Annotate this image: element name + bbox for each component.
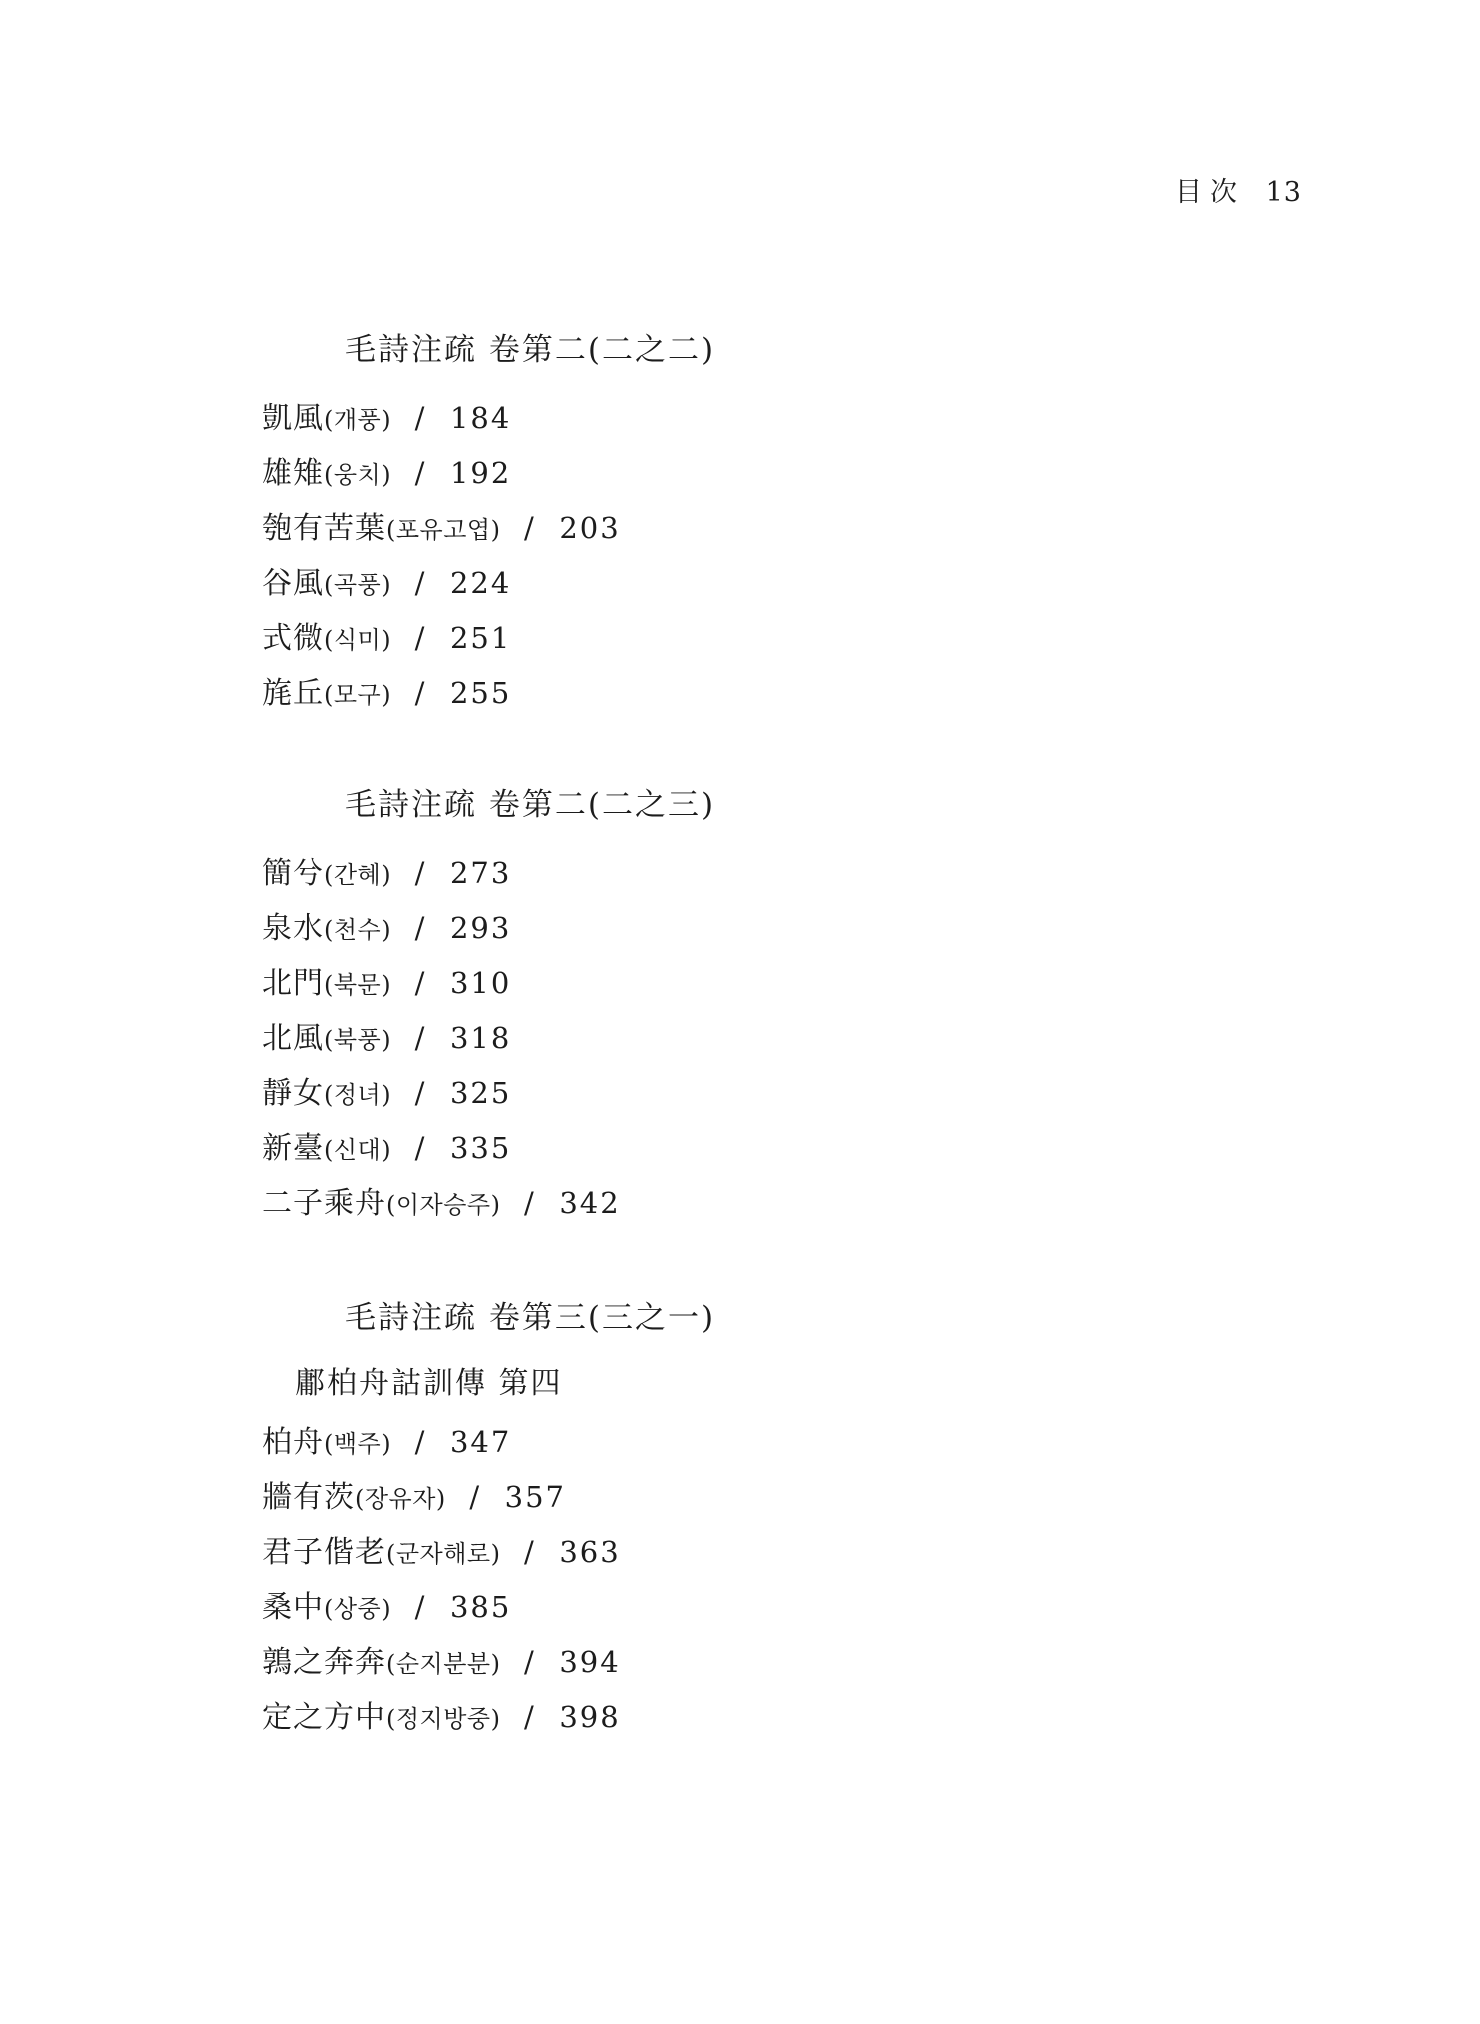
toc-entry: 北風(북풍) / 318 (262, 1011, 1480, 1066)
entry-list: 柏舟(백주) / 347 牆有茨(장유자) / 357 君子偕老(군자해로) /… (262, 1415, 1480, 1745)
section-subheading: 鄘柏舟詁訓傳 第四 (295, 1359, 1480, 1409)
toc-entry: 簡兮(간혜) / 273 (262, 846, 1480, 901)
entry-title: 定之方中 (262, 1700, 386, 1735)
entry-page-number: 251 (450, 621, 511, 655)
entry-separator: / (524, 1186, 534, 1220)
entry-separator: / (415, 401, 425, 435)
entry-reading: (장유자) (355, 1485, 446, 1513)
toc-entry: 凱風(개풍) / 184 (262, 391, 1480, 446)
entry-separator: / (415, 911, 425, 945)
section-heading: 毛詩注疏 卷第二(二之三) (345, 784, 1480, 826)
entry-list: 簡兮(간혜) / 273 泉水(천수) / 293 北門(북문) / 310 北… (262, 846, 1480, 1231)
entry-reading: (웅치) (324, 461, 391, 489)
entry-reading: (군자해로) (386, 1540, 500, 1568)
entry-separator: / (415, 1131, 425, 1165)
entry-separator: / (415, 676, 425, 710)
entry-reading: (곡풍) (324, 571, 391, 599)
entry-separator: / (469, 1480, 479, 1514)
entry-page-number: 310 (450, 966, 511, 1000)
entry-title: 靜女 (262, 1076, 324, 1111)
entry-reading: (포유고엽) (386, 516, 500, 544)
toc-entry: 柏舟(백주) / 347 (262, 1415, 1480, 1470)
entry-page-number: 203 (559, 511, 620, 545)
entry-reading: (개풍) (324, 406, 391, 434)
entry-page-number: 335 (450, 1131, 511, 1165)
toc-entry: 式微(식미) / 251 (262, 611, 1480, 666)
entry-reading: (정지방중) (386, 1705, 500, 1733)
entry-page-number: 363 (559, 1535, 620, 1569)
entry-reading: (순지분분) (386, 1650, 500, 1678)
entry-title: 北風 (262, 1021, 324, 1056)
entry-title: 匏有苦葉 (262, 511, 386, 546)
section-heading: 毛詩注疏 卷第二(二之二) (345, 329, 1480, 371)
entry-page-number: 318 (450, 1021, 511, 1055)
toc-entry: 泉水(천수) / 293 (262, 901, 1480, 956)
toc-entry: 谷風(곡풍) / 224 (262, 556, 1480, 611)
toc-entry: 新臺(신대) / 335 (262, 1121, 1480, 1176)
entry-separator: / (415, 1590, 425, 1624)
entry-page-number: 357 (505, 1480, 566, 1514)
entry-separator: / (415, 856, 425, 890)
entry-title: 凱風 (262, 401, 324, 436)
entry-separator: / (415, 566, 425, 600)
toc-entry: 鶉之奔奔(순지분분) / 394 (262, 1635, 1480, 1690)
entry-page-number: 224 (450, 566, 511, 600)
toc-section: 毛詩注疏 卷第二(二之二) 凱風(개풍) / 184 雄雉(웅치) / 192 … (0, 329, 1480, 721)
toc-entry: 桑中(상중) / 385 (262, 1580, 1480, 1635)
entry-separator: / (415, 1425, 425, 1459)
toc-entry: 牆有茨(장유자) / 357 (262, 1470, 1480, 1525)
entry-title: 鶉之奔奔 (262, 1645, 386, 1680)
entry-reading: (북문) (324, 971, 391, 999)
toc-entry: 雄雉(웅치) / 192 (262, 446, 1480, 501)
entry-separator: / (524, 511, 534, 545)
toc-entry: 定之方中(정지방중) / 398 (262, 1690, 1480, 1745)
entry-separator: / (524, 1645, 534, 1679)
entry-title: 簡兮 (262, 856, 324, 891)
entry-page-number: 347 (450, 1425, 511, 1459)
entry-separator: / (415, 456, 425, 490)
entry-title: 雄雉 (262, 456, 324, 491)
entry-separator: / (524, 1700, 534, 1734)
entry-reading: (모구) (324, 681, 391, 709)
toc-section: 毛詩注疏 卷第二(二之三) 簡兮(간혜) / 273 泉水(천수) / 293 … (0, 784, 1480, 1231)
entry-page-number: 273 (450, 856, 511, 890)
entry-title: 牆有茨 (262, 1480, 355, 1515)
toc-entry: 匏有苦葉(포유고엽) / 203 (262, 501, 1480, 556)
entry-title: 旄丘 (262, 676, 324, 711)
entry-page-number: 398 (559, 1700, 620, 1734)
entry-separator: / (415, 966, 425, 1000)
entry-page-number: 184 (450, 401, 511, 435)
entry-reading: (상중) (324, 1595, 391, 1623)
entry-reading: (간혜) (324, 861, 391, 889)
entry-page-number: 325 (450, 1076, 511, 1110)
entry-list: 凱風(개풍) / 184 雄雉(웅치) / 192 匏有苦葉(포유고엽) / 2… (262, 391, 1480, 721)
entry-reading: (신대) (324, 1136, 391, 1164)
entry-title: 谷風 (262, 566, 324, 601)
entry-title: 北門 (262, 966, 324, 1001)
entry-page-number: 293 (450, 911, 511, 945)
entry-separator: / (524, 1535, 534, 1569)
entry-title: 二子乘舟 (262, 1186, 386, 1221)
entry-page-number: 342 (559, 1186, 620, 1220)
entry-page-number: 192 (450, 456, 511, 490)
entry-title: 泉水 (262, 911, 324, 946)
entry-title: 君子偕老 (262, 1535, 386, 1570)
entry-reading: (정녀) (324, 1081, 391, 1109)
entry-reading: (백주) (324, 1430, 391, 1458)
entry-page-number: 394 (559, 1645, 620, 1679)
entry-title: 柏舟 (262, 1425, 324, 1460)
entry-title: 桑中 (262, 1590, 324, 1625)
entry-page-number: 255 (450, 676, 511, 710)
toc-entry: 旄丘(모구) / 255 (262, 666, 1480, 721)
toc-entry: 靜女(정녀) / 325 (262, 1066, 1480, 1121)
toc-entry: 二子乘舟(이자승주) / 342 (262, 1176, 1480, 1231)
entry-reading: (천수) (324, 916, 391, 944)
entry-title: 式微 (262, 621, 324, 656)
entry-title: 新臺 (262, 1131, 324, 1166)
toc-section: 毛詩注疏 卷第三(三之一) 鄘柏舟詁訓傳 第四 柏舟(백주) / 347 牆有茨… (0, 1297, 1480, 1745)
entry-reading: (이자승주) (386, 1191, 500, 1219)
entry-reading: (식미) (324, 626, 391, 654)
entry-reading: (북풍) (324, 1026, 391, 1054)
toc-page: 目次 13 毛詩注疏 卷第二(二之二) 凱風(개풍) / 184 雄雉(웅치) … (0, 0, 1480, 2024)
entry-separator: / (415, 1021, 425, 1055)
entry-page-number: 385 (450, 1590, 511, 1624)
entry-separator: / (415, 621, 425, 655)
toc-entry: 北門(북문) / 310 (262, 956, 1480, 1011)
entry-separator: / (415, 1076, 425, 1110)
toc-entry: 君子偕老(군자해로) / 363 (262, 1525, 1480, 1580)
section-heading: 毛詩注疏 卷第三(三之一) (345, 1297, 1480, 1339)
toc-content: 毛詩注疏 卷第二(二之二) 凱風(개풍) / 184 雄雉(웅치) / 192 … (0, 0, 1480, 1745)
